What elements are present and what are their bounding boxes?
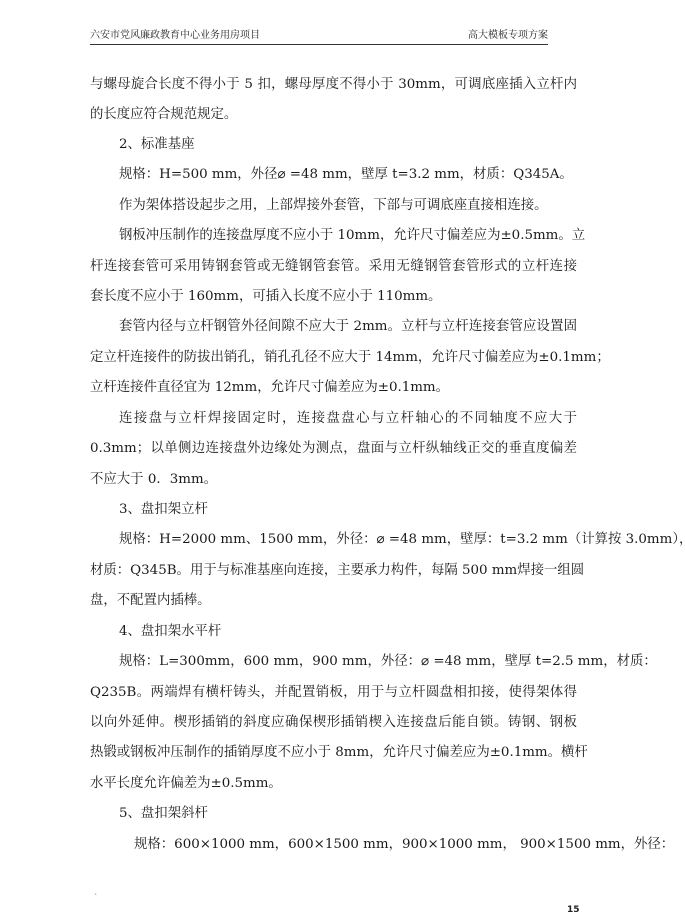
paragraph-line: 规格：600×1000 mm，600×1500 mm，900×1000 mm， … <box>134 836 577 854</box>
paragraph-line: 材质：Q345B。用于与标准基座向连接，主要承力构件，每隔 500 mm焊接一组… <box>90 562 577 580</box>
paragraph-line: 的长度应符合规范规定。 <box>90 106 577 124</box>
paragraph-line: 钢板冲压制作的连接盘厚度不应小于 10mm，允许尺寸偏差应为±0.5mm。立 <box>119 227 577 245</box>
paragraph-line: 水平长度允许偏差为±0.5mm。 <box>90 775 577 793</box>
paragraph-line: 立杆连接件直径宜为 12mm，允许尺寸偏差应为±0.1mm。 <box>90 379 577 397</box>
footer-mark: ` <box>94 893 98 902</box>
paragraph-line: 套管内径与立杆钢管外径间隙不应大于 2mm。立杆与立杆连接套管应设置固 <box>119 318 577 336</box>
paragraph-line: 与螺母旋合长度不得小于 5 扣，螺母厚度不得小于 30mm，可调底座插入立杆内 <box>90 76 577 94</box>
paragraph-line: 杆连接套管可采用铸钢套管或无缝钢管套管。采用无缝钢管套管形式的立杆连接 <box>90 258 577 276</box>
paragraph-line: 盘，不配置内插棒。 <box>90 592 577 610</box>
paragraph-line: 定立杆连接件的防拔出销孔，销孔孔径不应大于 14mm，允许尺寸偏差应为±0.1m… <box>90 349 577 367</box>
section-heading-standard-base: 2、标准基座 <box>119 136 606 154</box>
paragraph-line: 作为架体搭设起步之用，上部焊接外套管，下部与可调底座直接相连接。 <box>119 197 577 215</box>
paragraph-line: 以向外延伸。楔形插销的斜度应确保楔形插销楔入连接盘后能自锁。铸钢、钢板 <box>90 714 577 732</box>
paragraph-line: 规格：H=500 mm，外径⌀ =48 mm，壁厚 t=3.2 mm，材质：Q3… <box>119 166 577 184</box>
document-title: 高大模板专项方案 <box>468 30 548 42</box>
project-title: 六安市党风廉政教育中心业务用房项目 <box>90 30 260 42</box>
paragraph-line: 套长度不应小于 160mm，可插入长度不应小于 110mm。 <box>90 288 577 306</box>
paragraph-line: 不应大于 0．3mm。 <box>90 471 577 489</box>
paragraph-line: 规格：H=2000 mm、1500 mm，外径：⌀ =48 mm，壁厚：t=3.… <box>119 531 577 549</box>
page-number: 15 <box>567 905 580 915</box>
paragraph-line: Q235B。两端焊有横杆铸头，并配置销板，用于与立杆圆盘相扣接，使得架体得 <box>90 684 577 702</box>
paragraph-line: 0.3mm；以单侧边连接盘外边缘处为测点，盘面与立杆纵轴线正交的垂直度偏差 <box>90 440 577 458</box>
section-heading-diagonal-bar: 5、盘扣架斜杆 <box>119 805 606 823</box>
paragraph-line: 热锻或钢板冲压制作的插销厚度不应小于 8mm，允许尺寸偏差应为±0.1mm。横杆 <box>90 744 577 762</box>
paragraph-line: 规格：L=300mm，600 mm，900 mm，外径：⌀ =48 mm，壁厚 … <box>119 653 577 671</box>
paragraph-line: 连接盘与立杆焊接固定时，连接盘盘心与立杆轴心的不同轴度不应大于 <box>119 410 577 428</box>
document-page: 六安市党风廉政教育中心业务用房项目 高大模板专项方案 与螺母旋合长度不得小于 5… <box>0 0 685 924</box>
page-header: 六安市党风廉政教育中心业务用房项目 高大模板专项方案 <box>90 30 548 45</box>
section-heading-horizontal-bar: 4、盘扣架水平杆 <box>119 623 606 641</box>
section-heading-upright-pole: 3、盘扣架立杆 <box>119 501 606 519</box>
